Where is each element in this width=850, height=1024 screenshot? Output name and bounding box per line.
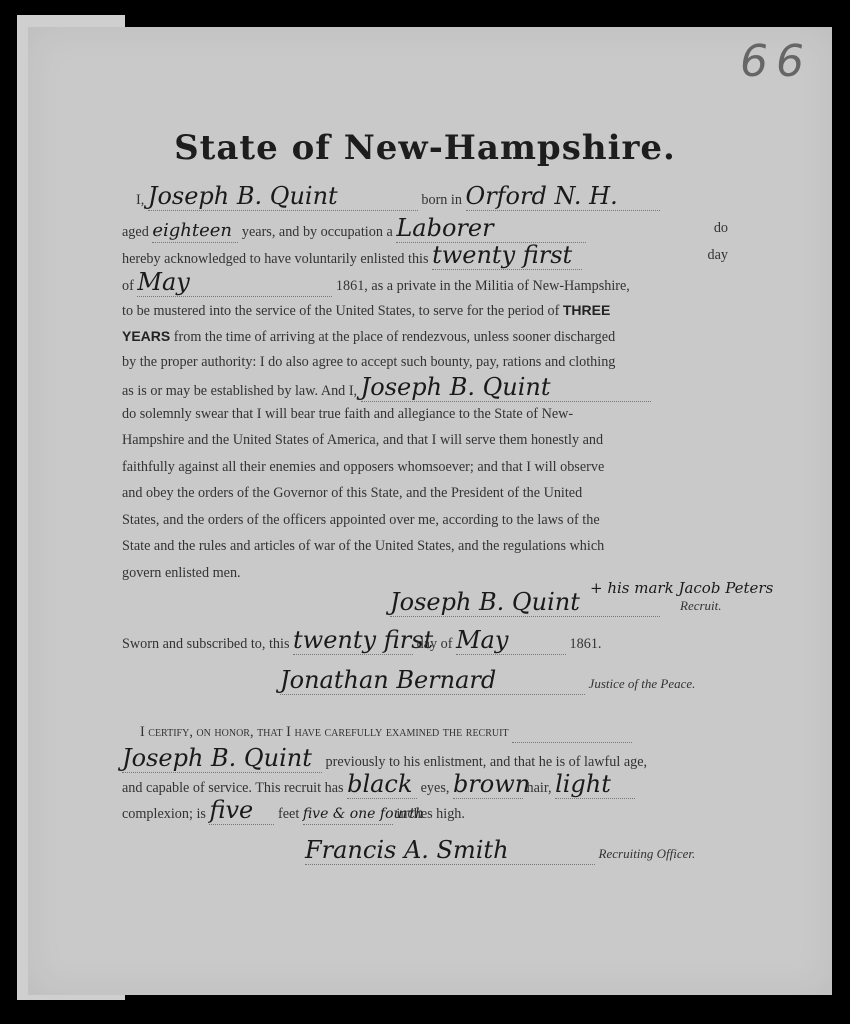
enlistment-line-2: aged eighteen years, and by occupation a… bbox=[122, 218, 728, 243]
occupation-field: Laborer bbox=[396, 218, 586, 243]
justice-line: Jonathan Bernard Justice of the Peace. bbox=[280, 670, 720, 695]
officer-line: Francis A. Smith Recruiting Officer. bbox=[305, 840, 725, 865]
enlistment-line-6: YEARS from the time of arriving at the p… bbox=[122, 326, 728, 347]
cert-recruit-field: Joseph B. Quint bbox=[122, 748, 322, 773]
enlistment-line-4: of May 1861, as a private in the Militia… bbox=[122, 272, 728, 297]
complexion-field: light bbox=[555, 774, 635, 799]
cert-line-2: Joseph B. Quint previously to his enlist… bbox=[122, 748, 728, 773]
enlistment-line-12: and obey the orders of the Governor of t… bbox=[122, 483, 728, 503]
enlistment-line-3: hereby acknowledged to have voluntarily … bbox=[122, 245, 728, 270]
officer-signature: Francis A. Smith bbox=[305, 840, 509, 860]
recruit-signature: Joseph B. Quint bbox=[390, 592, 580, 612]
enlistment-line-1: I, Joseph B. Quint born in Orford N. H. bbox=[122, 186, 728, 211]
sworn-line: Sworn and subscribed to, this twenty fir… bbox=[122, 630, 728, 655]
enlistment-line-8: as is or may be established by law. And … bbox=[122, 377, 728, 402]
page-number: 66 bbox=[740, 36, 812, 87]
sworn-month-field: May bbox=[456, 630, 566, 655]
name-field: Joseph B. Quint bbox=[148, 186, 418, 211]
cert-line-4: complexion; is five feet five & one four… bbox=[122, 800, 728, 825]
recruit-signature-line: Joseph B. Quint + his mark Jacob Peters … bbox=[390, 592, 820, 617]
feet-field: five bbox=[209, 800, 274, 825]
enlistment-line-10: Hampshire and the United States of Ameri… bbox=[122, 430, 728, 450]
mark-note: + his mark Jacob Peters bbox=[590, 578, 773, 598]
justice-signature: Jonathan Bernard bbox=[280, 670, 496, 690]
enlistment-line-14: State and the rules and articles of war … bbox=[122, 536, 728, 556]
enlist-day-field: twenty first bbox=[432, 245, 582, 270]
sworn-day-field: twenty first bbox=[293, 630, 413, 655]
enlistment-line-11: faithfully against all their enemies and… bbox=[122, 457, 728, 477]
cert-line-1: I certify, on honor, that I have careful… bbox=[122, 722, 728, 743]
enlist-month-field: May bbox=[137, 272, 332, 297]
enlistment-line-9: do solemnly swear that I will bear true … bbox=[122, 404, 728, 424]
enlistment-line-13: States, and the orders of the officers a… bbox=[122, 510, 728, 530]
enlistment-line-5: to be mustered into the service of the U… bbox=[122, 300, 728, 321]
birthplace-field: Orford N. H. bbox=[466, 186, 660, 211]
oath-name-field: Joseph B. Quint bbox=[361, 377, 651, 402]
eyes-field: black bbox=[347, 774, 417, 799]
inches-field: five & one fourth bbox=[303, 804, 393, 825]
enlistment-line-7: by the proper authority: I do also agree… bbox=[122, 352, 728, 372]
hair-field: brown bbox=[453, 774, 523, 799]
document-title: State of New-Hampshire. bbox=[0, 128, 850, 168]
age-field: eighteen bbox=[152, 221, 238, 243]
